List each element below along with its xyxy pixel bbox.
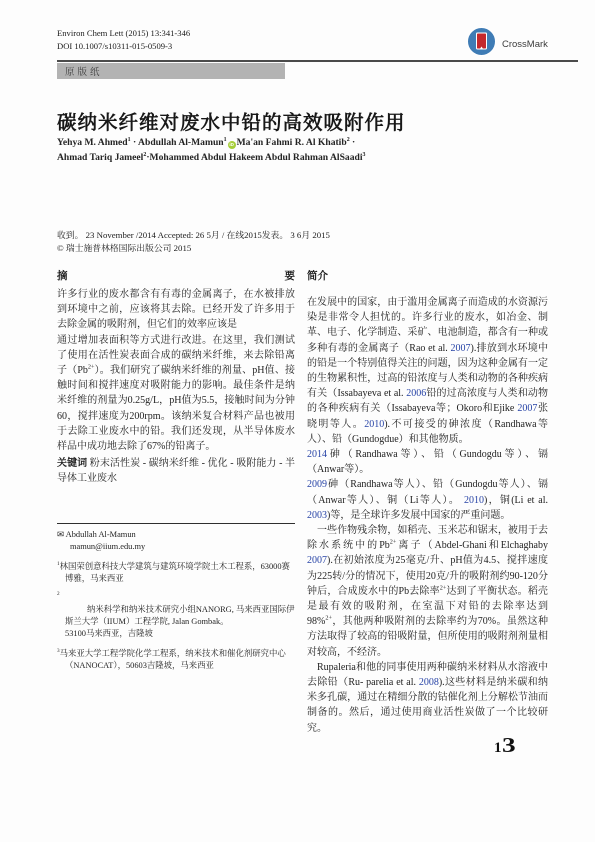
author-line-2: Ahmad Tariq Jameel2·Mohammed Abdul Hakee…: [57, 150, 527, 165]
affiliation-2-marker: 2: [57, 591, 60, 597]
springer-mark-three: 3: [502, 733, 514, 758]
citation-year-link[interactable]: 2007: [307, 555, 327, 566]
page-title: 碳纳米纤维对废水中铅的高效吸附作用: [57, 107, 547, 135]
orcid-icon[interactable]: iD: [228, 141, 236, 149]
crossmark-badge[interactable]: CrossMark: [466, 26, 548, 62]
abstract-paragraph: 许多行业的废水都含有有毒的金属离子，在水被排放到环境中之前，应该将其去除。已经开…: [57, 287, 295, 333]
keywords-label: 关键词: [57, 458, 87, 469]
received-accepted-line: 收到。 23 November /2014 Accepted: 26 5月 / …: [57, 229, 477, 242]
citation-year-link[interactable]: 2014: [307, 449, 327, 460]
header-rule: [57, 60, 578, 62]
keywords-text: 粉末活性炭 - 碳纳米纤维 - 优化 - 吸附能力 - 半导体工业废水: [57, 458, 295, 484]
envelope-icon: ✉: [57, 530, 64, 539]
introduction-paragraph: 在发展中的国家，由于滥用金属离子而造成的水资源污染是非常令人担忧的。许多行业的废…: [307, 295, 548, 447]
introduction-body: 在发展中的国家，由于滥用金属离子而造成的水资源污染是非常令人担忧的。许多行业的废…: [307, 295, 548, 736]
keywords-block: 关键词 粉末活性炭 - 碳纳米纤维 - 优化 - 吸附能力 - 半导体工业废水: [57, 456, 295, 486]
left-column: 摘 要 许多行业的废水都含有有毒的金属离子，在水被排放到环境中之前，应该将其去除…: [57, 268, 295, 672]
abstract-paragraph: 通过增加表面积等方式进行改进。在这里，我们测试了使用在活性炭表面合成的碳纳米纤维…: [57, 333, 295, 455]
citation-year-link[interactable]: 2007: [517, 403, 537, 414]
citation-year-link[interactable]: 2010: [364, 419, 384, 430]
correspondence-name: Abdullah Al-Mamun: [66, 530, 136, 539]
affiliation-1-text: 林国荣创意科技大学建筑与建筑环境学院土木工程系，63000赛博雅，马来西亚: [60, 562, 290, 583]
citation-year-link[interactable]: 2006: [406, 388, 426, 399]
copyright-line: © 瑞士施普林格国际出版公司 2015: [57, 242, 477, 255]
correspondence-name-line: ✉ Abdullah Al-Mamun: [57, 529, 295, 541]
journal-header: Environ Chem Lett (2015) 13:341-346 DOI …: [57, 27, 190, 52]
introduction-paragraph: 2009砷（Randhawa等人）、铅（Gundogdu等人）、镉（Anwar等…: [307, 477, 548, 523]
introduction-heading: 简介: [307, 268, 548, 283]
author-list: Yehya M. Ahmed1 · Abdullah Al-Mamun1iDMa…: [57, 135, 527, 165]
correspondence-email[interactable]: mamun@iium.edu.my: [57, 541, 295, 553]
abstract-heading-char-left: 摘: [57, 268, 68, 283]
affiliation-2-marker-line: 2: [57, 591, 295, 603]
right-column: 简介 在发展中的国家，由于滥用金属离子而造成的水资源污染是非常令人担忧的。许多行…: [307, 268, 548, 736]
introduction-paragraph: Rupaleria和他的同事使用两种碳纳米材料从水溶液中去除铅（Ru- pare…: [307, 660, 548, 736]
introduction-paragraph: 2014砷（Randhawa等）、铅（Gundogdu等）、镉（Anwar等）。: [307, 447, 548, 477]
citation-year-link[interactable]: 2003: [307, 510, 327, 521]
springer-page-mark: 13: [494, 733, 511, 758]
article-dates: 收到。 23 November /2014 Accepted: 26 5月 / …: [57, 229, 477, 254]
citation-year-link[interactable]: 2010: [464, 495, 484, 506]
affiliation-2-text-line2: 53100马来西亚，吉隆坡: [57, 628, 295, 640]
citation-year-link[interactable]: 2007: [451, 343, 471, 354]
author-line-1: Yehya M. Ahmed1 · Abdullah Al-Mamun1iDMa…: [57, 135, 527, 150]
abstract-body: 许多行业的废水都含有有毒的金属离子，在水被排放到环境中之前，应该将其去除。已经开…: [57, 287, 295, 454]
article-type-banner: 原版纸: [57, 63, 285, 79]
correspondence-block: ✉ Abdullah Al-Mamun mamun@iium.edu.my: [57, 529, 295, 553]
affiliation-2-text: 纳米科学和纳米技术研究小组NANORG, 马来西亚国际伊斯兰大学（IIUM）工程…: [57, 604, 295, 628]
affiliation-3-text: 马来亚大学工程学院化学工程系，纳米技术和催化剂研究中心（NANOCAT），506…: [60, 649, 286, 670]
introduction-paragraph: 一些作物残余物，如稻壳、玉米芯和锯末，被用于去除水系统中的Pb2+离子（Abde…: [307, 523, 548, 660]
affiliation-1: 1林国荣创意科技大学建筑与建筑环境学院土木工程系，63000赛博雅，马来西亚: [57, 561, 295, 585]
affiliation-3: 3马来亚大学工程学院化学工程系，纳米技术和催化剂研究中心（NANOCAT），50…: [57, 648, 295, 672]
footnote-separator: [57, 523, 295, 524]
citation-year-link[interactable]: 2008: [419, 677, 439, 688]
crossmark-label: CrossMark: [502, 39, 548, 50]
springer-mark-one: 1: [494, 740, 502, 756]
citation-year-link[interactable]: 2009: [307, 479, 327, 490]
abstract-heading: 摘 要: [57, 268, 295, 283]
crossmark-icon: [466, 26, 497, 62]
doi-line: DOI 10.1007/s10311-015-0509-3: [57, 40, 190, 53]
article-type-label: 原版纸: [65, 64, 103, 78]
abstract-heading-char-right: 要: [285, 268, 296, 283]
paper-page: Environ Chem Lett (2015) 13:341-346 DOI …: [0, 0, 595, 842]
journal-reference: Environ Chem Lett (2015) 13:341-346: [57, 27, 190, 40]
